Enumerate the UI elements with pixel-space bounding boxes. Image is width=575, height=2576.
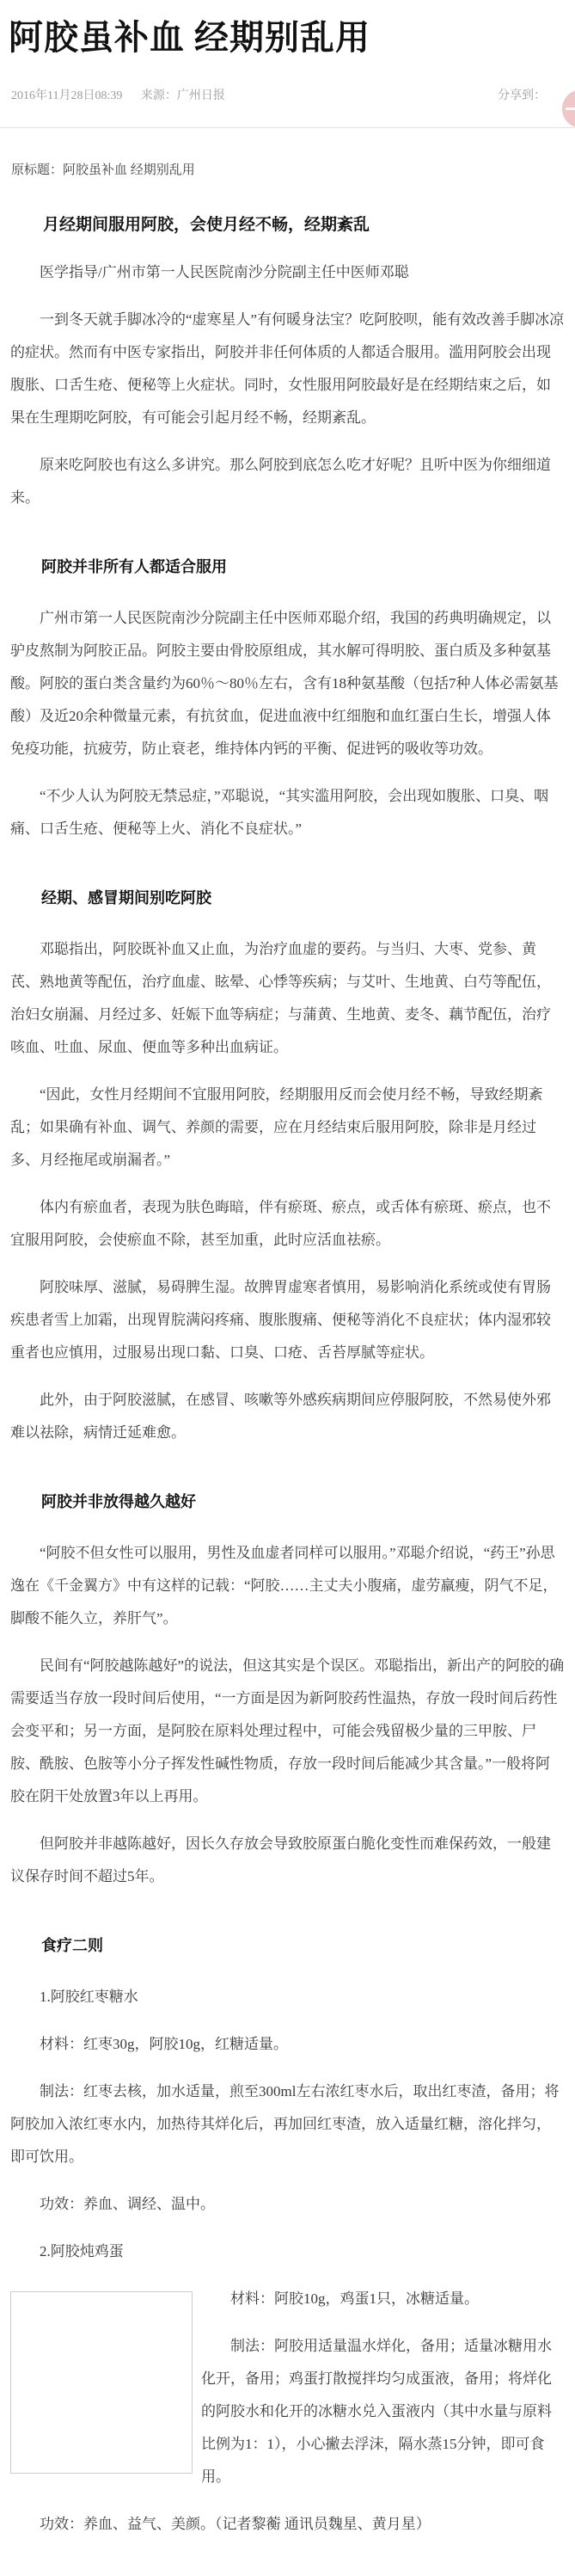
section-heading: 阿胶并非放得越久越好 xyxy=(10,1485,565,1518)
article-paragraph: 2.阿胶炖鸡蛋 xyxy=(10,2235,565,2268)
meta-row: 2016年11月28日08:39 来源：广州日报 分享到： xyxy=(11,88,565,105)
share-icon xyxy=(566,108,575,110)
article-paragraph: 广州市第一人民医院南沙分院副主任中医师邓聪介绍，我国的药典明确规定，以驴皮熬制为… xyxy=(10,602,565,765)
article-paragraph: 体内有瘀血者，表现为肤色晦暗，伴有瘀斑、瘀点，或舌体有瘀斑、瘀点，也不宜服用阿胶… xyxy=(10,1191,565,1257)
section-heading: 经期、感冒期间别吃阿胶 xyxy=(10,882,565,914)
section-heading: 食疗二则 xyxy=(10,1929,565,1962)
article-paragraph: 1.阿胶红枣糖水 xyxy=(10,1981,565,2013)
page-title: 阿胶虽补血 经期别乱用 xyxy=(0,0,575,58)
article-paragraph: 功效：养血、调经、温中。 xyxy=(10,2188,565,2221)
article-paragraph: 但阿胶并非越陈越好，因长久存放会导致胶原蛋白脆化变性而难保药效，一般建议保存时间… xyxy=(10,1828,565,1893)
article-paragraph: “阿胶不但女性可以服用，男性及血虚者同样可以服用。”邓聪介绍说，“药王”孙思逸在… xyxy=(10,1537,565,1635)
article-paragraph: 制法：红枣去核，加水适量，煎至300ml左右浓红枣水后，取出红枣渣，备用；将阿胶… xyxy=(10,2075,565,2173)
article-paragraph: “不少人认为阿胶无禁忌症，”邓聪说，“其实滥用阿胶，会出现如腹胀、口臭、咽痛、口… xyxy=(10,780,565,845)
section-heading: 阿胶并非所有人都适合服用 xyxy=(10,550,565,583)
article-body: 月经期间服用阿胶，会使月经不畅，经期紊乱医学指导/广州市第一人民医院南沙分院副主… xyxy=(10,209,565,2541)
article-paragraph: 阿胶味厚、滋腻，易碍脾生湿。故脾胃虚寒者慎用，易影响消化系统或使有胃肠疾患者雪上… xyxy=(10,1271,565,1369)
article-paragraph: 民间有“阿胶越陈越好”的说法，但这其实是个误区。邓聪指出，新出产的阿胶的确需要适… xyxy=(10,1650,565,1813)
article-paragraph: 功效：养血、益气、美颜。（记者黎蘅 通讯员魏星、黄月星） xyxy=(10,2508,565,2541)
share-label: 分享到： xyxy=(498,88,546,105)
recipe-image-placeholder xyxy=(10,2291,193,2474)
original-title: 原标题：阿胶虽补血 经期别乱用 xyxy=(11,161,565,180)
publish-date: 2016年11月28日08:39 xyxy=(11,89,122,102)
article-subtitle: 月经期间服用阿胶，会使月经不畅，经期紊乱 xyxy=(10,209,565,242)
article-paragraph: 邓聪指出，阿胶既补血又止血，为治疗血虚的要药。与当归、大枣、党参、黄芪、熟地黄等… xyxy=(10,933,565,1064)
article-paragraph: 材料：红枣30g，阿胶10g，红糖适量。 xyxy=(10,2028,565,2061)
article-paragraph: “因此，女性月经期间不宜服用阿胶，经期服用反而会使月经不畅，导致经期紊乱；如果确… xyxy=(10,1079,565,1177)
article-page: 阿胶虽补血 经期别乱用 2016年11月28日08:39 来源：广州日报 分享到… xyxy=(0,0,575,2576)
header-divider xyxy=(0,127,575,128)
article-paragraph: 原来吃阿胶也有这么多讲究。那么阿胶到底怎么吃才好呢？且听中医为你细细道来。 xyxy=(10,449,565,514)
article-paragraph: 医学指导/广州市第一人民医院南沙分院副主任中医师邓聪 xyxy=(10,256,565,289)
article-paragraph: 一到冬天就手脚冰冷的“虚寒星人”有何暖身法宝？吃阿胶呗，能有效改善手脚冰凉的症状… xyxy=(10,304,565,434)
source-label: 来源：广州日报 xyxy=(141,89,225,102)
article-paragraph: 此外，由于阿胶滋腻，在感冒、咳嗽等外感疾病期间应停服阿胶，不然易使外邪难以祛除，… xyxy=(10,1384,565,1449)
